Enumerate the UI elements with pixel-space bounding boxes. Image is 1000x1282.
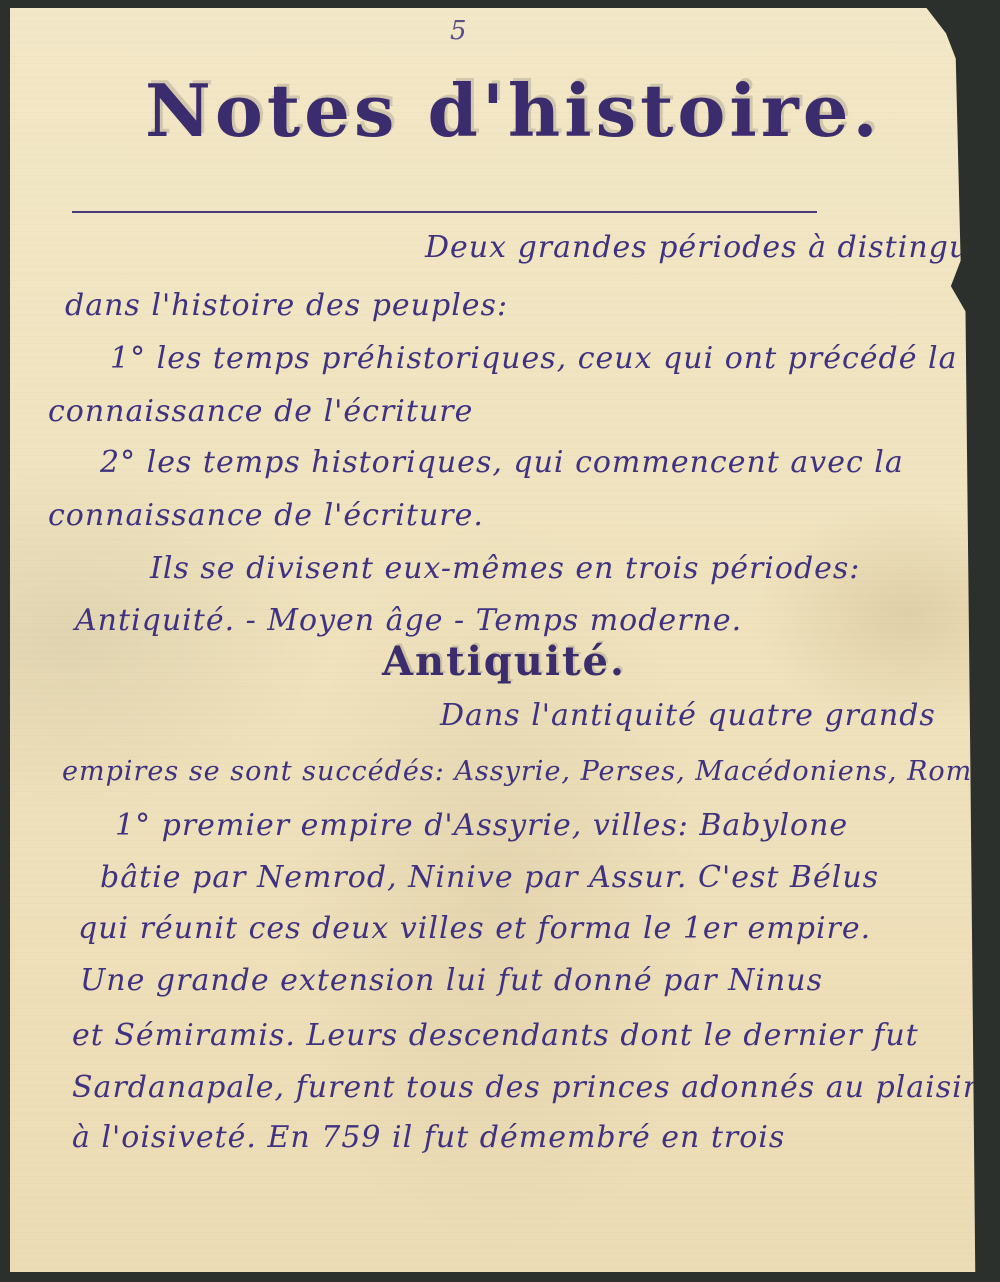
text-line: Dans l'antiquité quatre grands — [440, 698, 936, 733]
text-line: empires se sont succédés: Assyrie, Perse… — [62, 756, 989, 787]
text-line: 1° les temps préhistoriques, ceux qui on… — [110, 341, 958, 376]
text-line: Sardanapale, furent tous des princes ado… — [72, 1070, 978, 1105]
text-line: et Sémiramis. Leurs descendants dont le … — [72, 1018, 919, 1053]
text-line: à l'oisiveté. En 759 il fut démembré en … — [72, 1120, 785, 1155]
text-line: 1° premier empire d'Assyrie, villes: Bab… — [115, 808, 848, 843]
text-line: dans l'histoire des peuples: — [65, 288, 508, 323]
text-line: Deux grandes périodes à distinguer — [425, 230, 1000, 265]
text-line: connaissance de l'écriture — [48, 394, 473, 429]
text-line: 2° les temps historiques, qui commencent… — [100, 445, 904, 480]
page-title: Notes d'histoire. — [145, 68, 882, 153]
manuscript-page: 5 Notes d'histoire. Deux grandes période… — [10, 8, 985, 1272]
text-line: connaissance de l'écriture. — [48, 498, 484, 533]
text-line: qui réunit ces deux villes et forma le 1… — [78, 911, 871, 946]
text-line: Antiquité. - Moyen âge - Temps moderne. — [75, 603, 742, 638]
page-mark: 5 — [450, 16, 467, 46]
title-underline — [72, 211, 817, 213]
section-heading: Antiquité. — [382, 638, 626, 685]
text-line: Une grande extension lui fut donné par N… — [80, 963, 823, 998]
text-line: bâtie par Nemrod, Ninive par Assur. C'es… — [100, 860, 879, 895]
text-line: Ils se divisent eux-mêmes en trois pério… — [150, 551, 860, 586]
